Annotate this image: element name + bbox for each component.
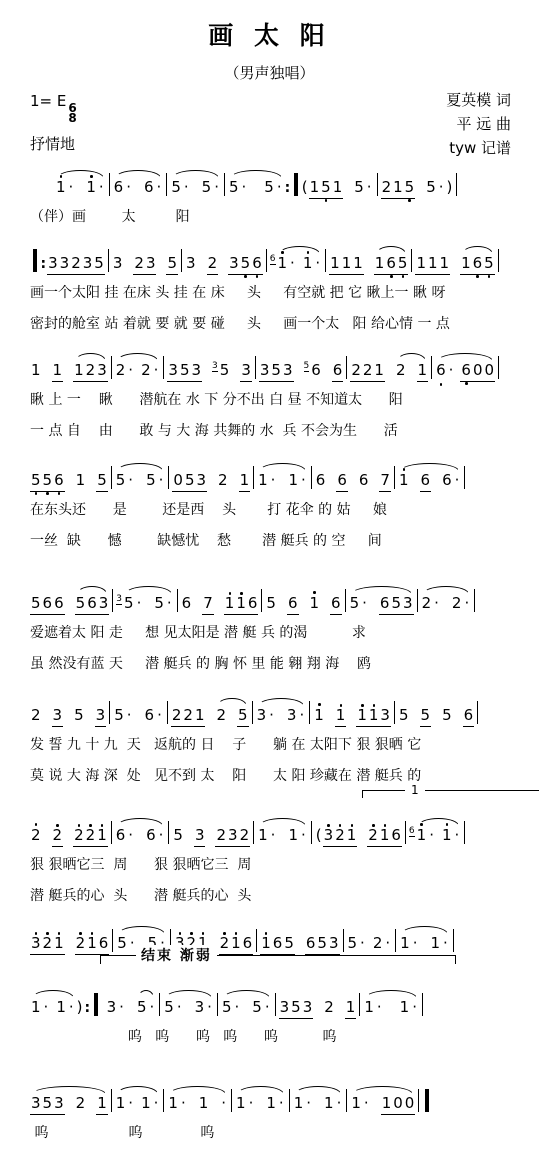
notes-row: 111232·2·353353353566221216·600 (30, 343, 533, 382)
credit-lyricist: 夏英模 词 (446, 88, 511, 112)
notes-row: 23535·6·221253·3·111135556 (30, 688, 533, 727)
notes-row: 3212165·5·3212161656535·2·1·1· (30, 916, 533, 955)
lyric-line-verse2: 一丝 缺 憾 缺憾忧 愁 潜 艇兵 的 空 间 (30, 534, 533, 548)
lyric-line-verse2: 密封的舱室 站 着就 要 就 要 碰 头 画一个太 阳 给心情 一 点 (30, 317, 533, 331)
lyric-line-verse1: 发 誓 九 十 九 天 返航的 日 子 躺 在 太阳下 狠 狠晒 它 (30, 738, 533, 752)
lyric-line-verse2: 虽 然没有蓝 天 潜 艇兵 的 胸 怀 里 能 翱 翔 海 鸥 (30, 657, 533, 671)
subtitle: （男声独唱） (0, 62, 539, 83)
key-signature: 1= E68 (30, 92, 77, 123)
notes-row: 1·1·6·6·5·5·5·5·:(1515·2155·) (55, 160, 533, 199)
meter-denominator: 8 (68, 113, 76, 123)
music-system-4: 556155·5·053211·1·6667166· 在东头还 是 还是西 头 … (30, 453, 533, 548)
lyric-line-verse2: 莫 说 大 海 深 处 见不到 太 阳 太 阳 珍藏在 潜 艇兵 的 (30, 769, 533, 783)
music-system-9: 结束 渐弱 1·1·):3·5·5·3·5·5·353211·1· 呜 呜 呜 … (30, 980, 533, 1044)
volta-bracket: 1 (362, 790, 539, 798)
credits: 夏英模 词 平 远 曲 tyw 记谱 (446, 88, 511, 160)
notes-row: :3323532353235661·1·111165111165 (30, 236, 533, 275)
lyric-line: 呜 呜 呜 (30, 1126, 533, 1140)
notes-row: 353211·1·1·1·1·1·1·1·1·100 (30, 1076, 533, 1115)
volta-label: 1 (405, 783, 425, 797)
music-system-8: 3212165·5·3212161656535·2·1·1· (30, 916, 533, 955)
lyric-line-verse2: 潜 艇兵的心 头 潜 艇兵的心 头 (30, 889, 533, 903)
credit-transcriber: tyw 记谱 (446, 136, 511, 160)
music-system-2: :3323532353235661·1·111165111165 画一个太阳 挂… (30, 236, 533, 331)
sheet-music-page: 画 太 阳 （男声独唱） 1= E68 夏英模 词 平 远 曲 tyw 记谱 抒… (0, 0, 539, 1173)
tempo-marking: 抒情地 (30, 133, 75, 154)
lyric-line-verse1: 在东头还 是 还是西 头 打 花伞 的 姑 娘 (30, 503, 533, 517)
notes-row: 556155·5·053211·1·6667166· (30, 453, 533, 492)
lyric-line: （伴）画 太 阳 (30, 210, 533, 224)
music-system-6: 23535·6·221253·3·111135556 发 誓 九 十 九 天 返… (30, 688, 533, 783)
music-system-10: 353211·1·1·1·1·1·1·1·1·100 呜 呜 呜 (30, 1076, 533, 1140)
music-system-1: 1·1·6·6·5·5·5·5·:(1515·2155·) （伴）画 太 阳 (30, 160, 533, 224)
lyric-line: 呜 呜 呜 呜 呜 呜 (30, 1030, 533, 1044)
notes-row: 222216·6·532321·1·(32121661·1· (30, 808, 533, 847)
lyric-line-verse1: 狠 狠晒它三 周 狠 狠晒它三 周 (30, 858, 533, 872)
page-title: 画 太 阳 (0, 16, 539, 52)
music-system-5: 56656335·5·6711656165·6532·2· 爱遮着太 阳 走 想… (30, 576, 533, 671)
ending-label: 结束 渐弱 (136, 945, 217, 965)
lyric-line-verse2: 一 点 自 由 敢 与 大 海 共舞的 水 兵 不会为生 活 (30, 424, 533, 438)
credit-composer: 平 远 曲 (446, 112, 511, 136)
notes-row: 56656335·5·6711656165·6532·2· (30, 576, 533, 615)
lyric-line-verse1: 画一个太阳 挂 在床 头 挂 在 床 头 有空就 把 它 瞅上一 瞅 呀 (30, 286, 533, 300)
music-system-3: 111232·2·353353353566221216·600 瞅 上 一 瞅 … (30, 343, 533, 438)
time-signature: 68 (68, 103, 76, 123)
ending-bracket: 结束 渐弱 (100, 955, 456, 964)
notes-row: 1·1·):3·5·5·3·5·5·353211·1· (30, 980, 533, 1019)
key-text: 1= E (30, 92, 66, 110)
music-system-7: 1 222216·6·532321·1·(32121661·1· 狠 狠晒它三 … (30, 808, 533, 903)
lyric-line-verse1: 爱遮着太 阳 走 想 见太阳是 潜 艇 兵 的渴 求 (30, 626, 533, 640)
lyric-line-verse1: 瞅 上 一 瞅 潜航在 水 下 分不出 白 昼 不知道太 阳 (30, 393, 533, 407)
